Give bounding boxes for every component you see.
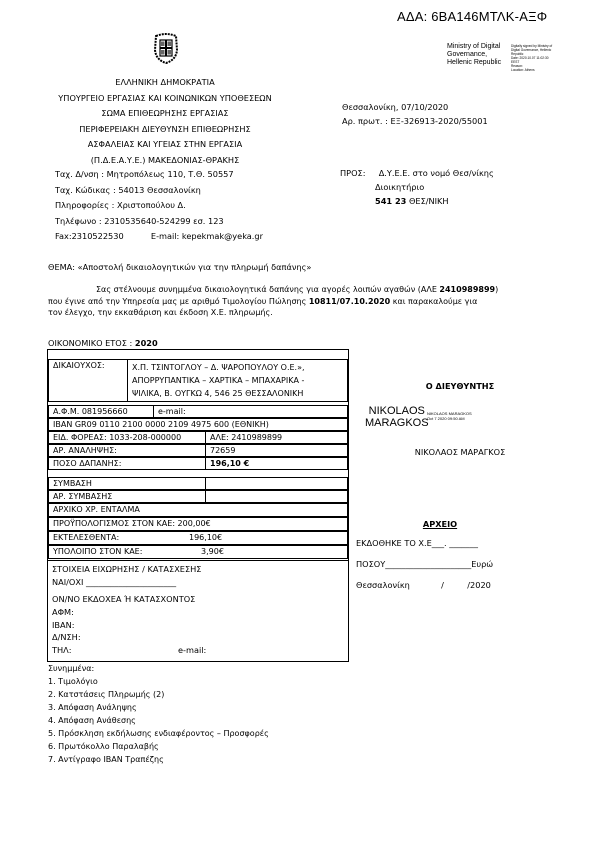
attachment-item: 7. Αντίγραφο IBAN Τραπέζης xyxy=(48,753,269,766)
commitment-value: 72659 xyxy=(205,444,348,457)
date-protocol-block: Θεσσαλονίκη, 07/10/2020 Αρ. πρωτ. : ΕΞ-3… xyxy=(342,100,488,128)
regional-directorate-name: ΠΕΡΙΦΕΡΕΙΑΚΗ ΔΙΕΥΘΥΝΣΗ ΕΠΙΘΕΩΡΗΣΗΣ xyxy=(50,122,280,138)
email-address[interactable]: E-mail: kepekmak@yeka.gr xyxy=(151,231,263,241)
body-paragraph: Σας στέλνουμε συνημμένα δικαιολογητικά δ… xyxy=(48,284,568,319)
postal-address: Ταχ. Δ/νση : Μητροπόλεως 110, Τ.Θ. 50557 xyxy=(55,167,263,183)
remaining-label: ΥΠΟΛΟΙΠΟ ΣΤΟΝ ΚΑΕ: xyxy=(53,547,142,556)
recipient-city: ΘΕΣ/ΝΙΚΗ xyxy=(406,196,448,206)
assignee-iban: IBAN: xyxy=(52,619,344,632)
protocol-number: ΕΞ-326913-2020/55001 xyxy=(391,116,488,126)
place-date: Θεσσαλονίκη, 07/10/2020 xyxy=(342,100,488,114)
directorate-subtitle: ΑΣΦΑΛΕΙΑΣ ΚΑΙ ΥΓΕΙΑΣ ΣΤΗΝ ΕΡΓΑΣΙΑ xyxy=(50,137,280,153)
body-line-3: τον έλεγχο, την εκκαθάριση και έκδοση Χ.… xyxy=(48,307,568,319)
contact-person: Πληροφορίες : Χριστοπούλου Δ. xyxy=(55,198,263,214)
ada-code: ΑΔΑ: 6ΒΑ146ΜΤΛΚ-ΑΞΦ xyxy=(397,9,547,24)
afm-field: Α.Φ.Μ. 081956660 xyxy=(48,405,154,418)
country-name: ΕΛΛΗΝΙΚΗ ΔΗΜΟΚΡΑΤΙΑ xyxy=(50,75,280,91)
contract-number-value xyxy=(205,490,348,503)
assignee-title: ΟΝ/ΝΟ ΕΚΔΟΧΕΑ Ή ΚΑΤΑΣΧΟΝΤΟΣ xyxy=(52,592,344,606)
recipient-name: Δ.Υ.Ε.Ε. στο νομό Θεσ/νίκης xyxy=(379,168,494,178)
beneficiary-label: ΔΙΚΑΙΟΥΧΟΣ: xyxy=(48,359,128,402)
attachments-list: Συνημμένα: 1. Τιμολόγιο 2. Κατστάσεις Πλ… xyxy=(48,662,269,766)
attachment-item: 2. Κατστάσεις Πληρωμής (2) xyxy=(48,688,269,701)
recipient-building: Διοικητήριο xyxy=(340,180,494,194)
attachment-item: 6. Πρωτόκολλο Παραλαβής xyxy=(48,740,269,753)
commitment-label: ΑΡ. ΑΝΑΛΗΨΗΣ: xyxy=(48,444,206,457)
sender-block: ΕΛΛΗΝΙΚΗ ΔΗΜΟΚΡΑΤΙΑ ΥΠΟΥΡΓΕΙΟ ΕΡΓΑΣΙΑΣ Κ… xyxy=(50,75,280,169)
phone-number: Τηλέφωνο : 2310535640-524299 εσ. 123 xyxy=(55,214,263,230)
financial-year: ΟΙΚΟΝΟΜΙΚΟ ΕΤΟΣ : 2020 xyxy=(48,338,158,348)
beneficiary-line: Χ.Π. ΤΣΙΝΤΟΓΛΟΥ – Δ. ΨΑΡΟΠΟΥΛΟΥ Ο.Ε.», xyxy=(132,361,343,374)
ministry-line-2: Governance, xyxy=(447,51,501,59)
contact-block: Ταχ. Δ/νση : Μητροπόλεως 110, Τ.Θ. 50557… xyxy=(55,167,263,245)
body-ale-code: 2410989899 xyxy=(439,285,495,294)
executed-field: ΕΚΤΕΛΕΣΘΕΝΤΑ: 196,10€ xyxy=(48,531,348,545)
digital-signature-name: NIKOLAOS MARAGKOS xyxy=(365,405,429,429)
attachment-item: 5. Πρόσκληση εκδήλωσης ενδιαφέροντος – Π… xyxy=(48,727,269,740)
archive-title: ΑΡΧΕΙΟ xyxy=(380,519,500,529)
digital-signature-details: NIKOLAOS MARAGKOS Oct 7 2020 09:50 AM xyxy=(427,411,472,421)
assignee-phone: ΤΗΛ: xyxy=(52,645,72,655)
recipient-label: ΠΡΟΣ: xyxy=(340,168,365,178)
attachments-title: Συνημμένα: xyxy=(48,662,269,675)
assignee-email: e-mail: xyxy=(178,644,206,657)
body-invoice-number: 10811/07.10.2020 xyxy=(309,297,390,306)
contract-label: ΣΥΜΒΑΣΗ xyxy=(48,477,206,490)
assignee-afm: ΑΦΜ: xyxy=(52,606,344,619)
postal-code: Ταχ. Κώδικας : 54013 Θεσσαλονίκη xyxy=(55,183,263,199)
digital-signature-line-2: MARAGKOS xyxy=(365,417,429,429)
digital-signature-date: Oct 7 2020 09:50 AM xyxy=(427,416,472,421)
beneficiary-line: ΨΙΛΙΚΑ, Β. ΟΥΓΚΩ 4, 546 25 ΘΕΣΣΑΛΟΝΙΚΗ xyxy=(132,387,343,400)
ministry-name: ΥΠΟΥΡΓΕΙΟ ΕΡΓΑΣΙΑΣ ΚΑΙ ΚΟΙΝΩΝΙΚΩΝ ΥΠΟΘΕΣ… xyxy=(50,91,280,107)
recipient-postcode: 541 23 xyxy=(375,196,406,206)
assignment-section: ΣΤΟΙΧΕΙΑ ΕΙΧΩΡΗΣΗΣ / ΚΑΤΑΣΧΕΣΗΣ ΝΑΙ/ΟΧΙ … xyxy=(48,560,348,658)
ale-field: ΑΛΕ: 2410989899 xyxy=(205,431,348,444)
digital-signature-line-1: NIKOLAOS xyxy=(365,405,429,417)
ministry-line-3: Hellenic Republic xyxy=(447,59,501,67)
archive-place-date: Θεσσαλονίκη / /2020 xyxy=(356,580,491,590)
protocol-label: Αρ. πρωτ. : xyxy=(342,116,388,126)
attachment-item: 1. Τιμολόγιο xyxy=(48,675,269,688)
inspectorate-name: ΣΩΜΑ ΕΠΙΘΕΩΡΗΣΗΣ ΕΡΓΑΣΙΑΣ xyxy=(50,106,280,122)
body-line-2: που έγινε από την Υπηρεσία μας με αριθμό… xyxy=(48,297,309,306)
ministry-line-1: Ministry of Digital xyxy=(447,43,501,51)
amount-value: 196,10 € xyxy=(205,457,348,470)
amount-label: ΠΟΣΟ ΔΑΠΑΝΗΣ: xyxy=(48,457,206,470)
archive-issued: ΕΚΔΟΘΗΚΕ ΤΟ Χ.Ε___. _______ xyxy=(356,538,478,548)
remaining-field: ΥΠΟΛΟΙΠΟ ΣΤΟΝ ΚΑΕ: 3,90€ xyxy=(48,545,348,559)
assignee-address: Δ/ΝΣΗ: xyxy=(52,631,344,644)
attachment-item: 4. Απόφαση Ανάθεσης xyxy=(48,714,269,727)
executed-value: 196,10€ xyxy=(189,533,222,543)
contract-number-label: ΑΡ. ΣΥΜΒΑΣΗΣ xyxy=(48,490,206,503)
attachment-item: 3. Απόφαση Ανάληψης xyxy=(48,701,269,714)
remaining-value: 3,90€ xyxy=(201,547,224,557)
budget-field: ΠΡΟΫΠΟΛΟΓΙΣΜΟΣ ΣΤΟΝ ΚΑΕ: 200,00€ xyxy=(48,517,348,531)
fax-number: Fax:2310522530 xyxy=(55,231,124,241)
financial-year-value: 2020 xyxy=(135,338,158,348)
financial-year-label: ΟΙΚΟΝΟΜΙΚΟ ΕΤΟΣ : xyxy=(48,338,132,348)
initial-warrant-field: ΑΡΧΙΚΟ ΧΡ. ΕΝΤΑΛΜΑ xyxy=(48,503,348,517)
sig-detail: Location: Athens xyxy=(511,68,552,72)
ministry-signature-details: Digitally signed by Ministry of Digital … xyxy=(511,44,552,72)
special-body-field: ΕΙΔ. ΦΟΡΕΑΣ: 1033-208-000000 xyxy=(48,431,206,444)
contract-value xyxy=(205,477,348,490)
executed-label: ΕΚΤΕΛΕΣΘΕΝΤΑ: xyxy=(53,533,119,542)
subject-line: ΘΕΜΑ: «Αποστολή δικαιολογητικών για την … xyxy=(48,262,311,272)
beneficiary-value: Χ.Π. ΤΣΙΝΤΟΓΛΟΥ – Δ. ΨΑΡΟΠΟΥΛΟΥ Ο.Ε.», Α… xyxy=(127,359,348,402)
greek-coat-of-arms-icon xyxy=(150,32,182,64)
ministry-signature-name: Ministry of Digital Governance, Hellenic… xyxy=(447,43,501,67)
body-line-2-end: και παρακαλούμε για xyxy=(390,297,477,306)
yes-no-field: ΝΑΙ/ΟΧΙ ______________________ xyxy=(52,575,344,589)
beneficiary-email-field: e-mail: xyxy=(153,405,348,418)
signatory-title: Ο ΔΙΕΥΘΥΝΤΗΣ xyxy=(360,381,560,391)
recipient-block: ΠΡΟΣ: Δ.Υ.Ε.Ε. στο νομό Θεσ/νίκης Διοικη… xyxy=(340,166,494,208)
archive-amount: ΠΟΣΟΥ_____________________Ευρώ xyxy=(356,559,493,569)
body-line-1-end: ) xyxy=(495,285,498,294)
signatory-name: ΝΙΚΟΛΑΟΣ ΜΑΡΑΓΚΟΣ xyxy=(360,447,560,457)
iban-field: IBAN GR09 0110 2100 0000 2109 4975 600 (… xyxy=(48,418,348,431)
beneficiary-line: ΑΠΟΡΡΥΠΑΝΤΙΚΑ – ΧΑΡΤΙΚΑ – ΜΠΑΧΑΡΙΚΑ - xyxy=(132,374,343,387)
assignment-title: ΣΤΟΙΧΕΙΑ ΕΙΧΩΡΗΣΗΣ / ΚΑΤΑΣΧΕΣΗΣ xyxy=(52,563,344,575)
body-line-1: Σας στέλνουμε συνημμένα δικαιολογητικά δ… xyxy=(96,285,439,294)
